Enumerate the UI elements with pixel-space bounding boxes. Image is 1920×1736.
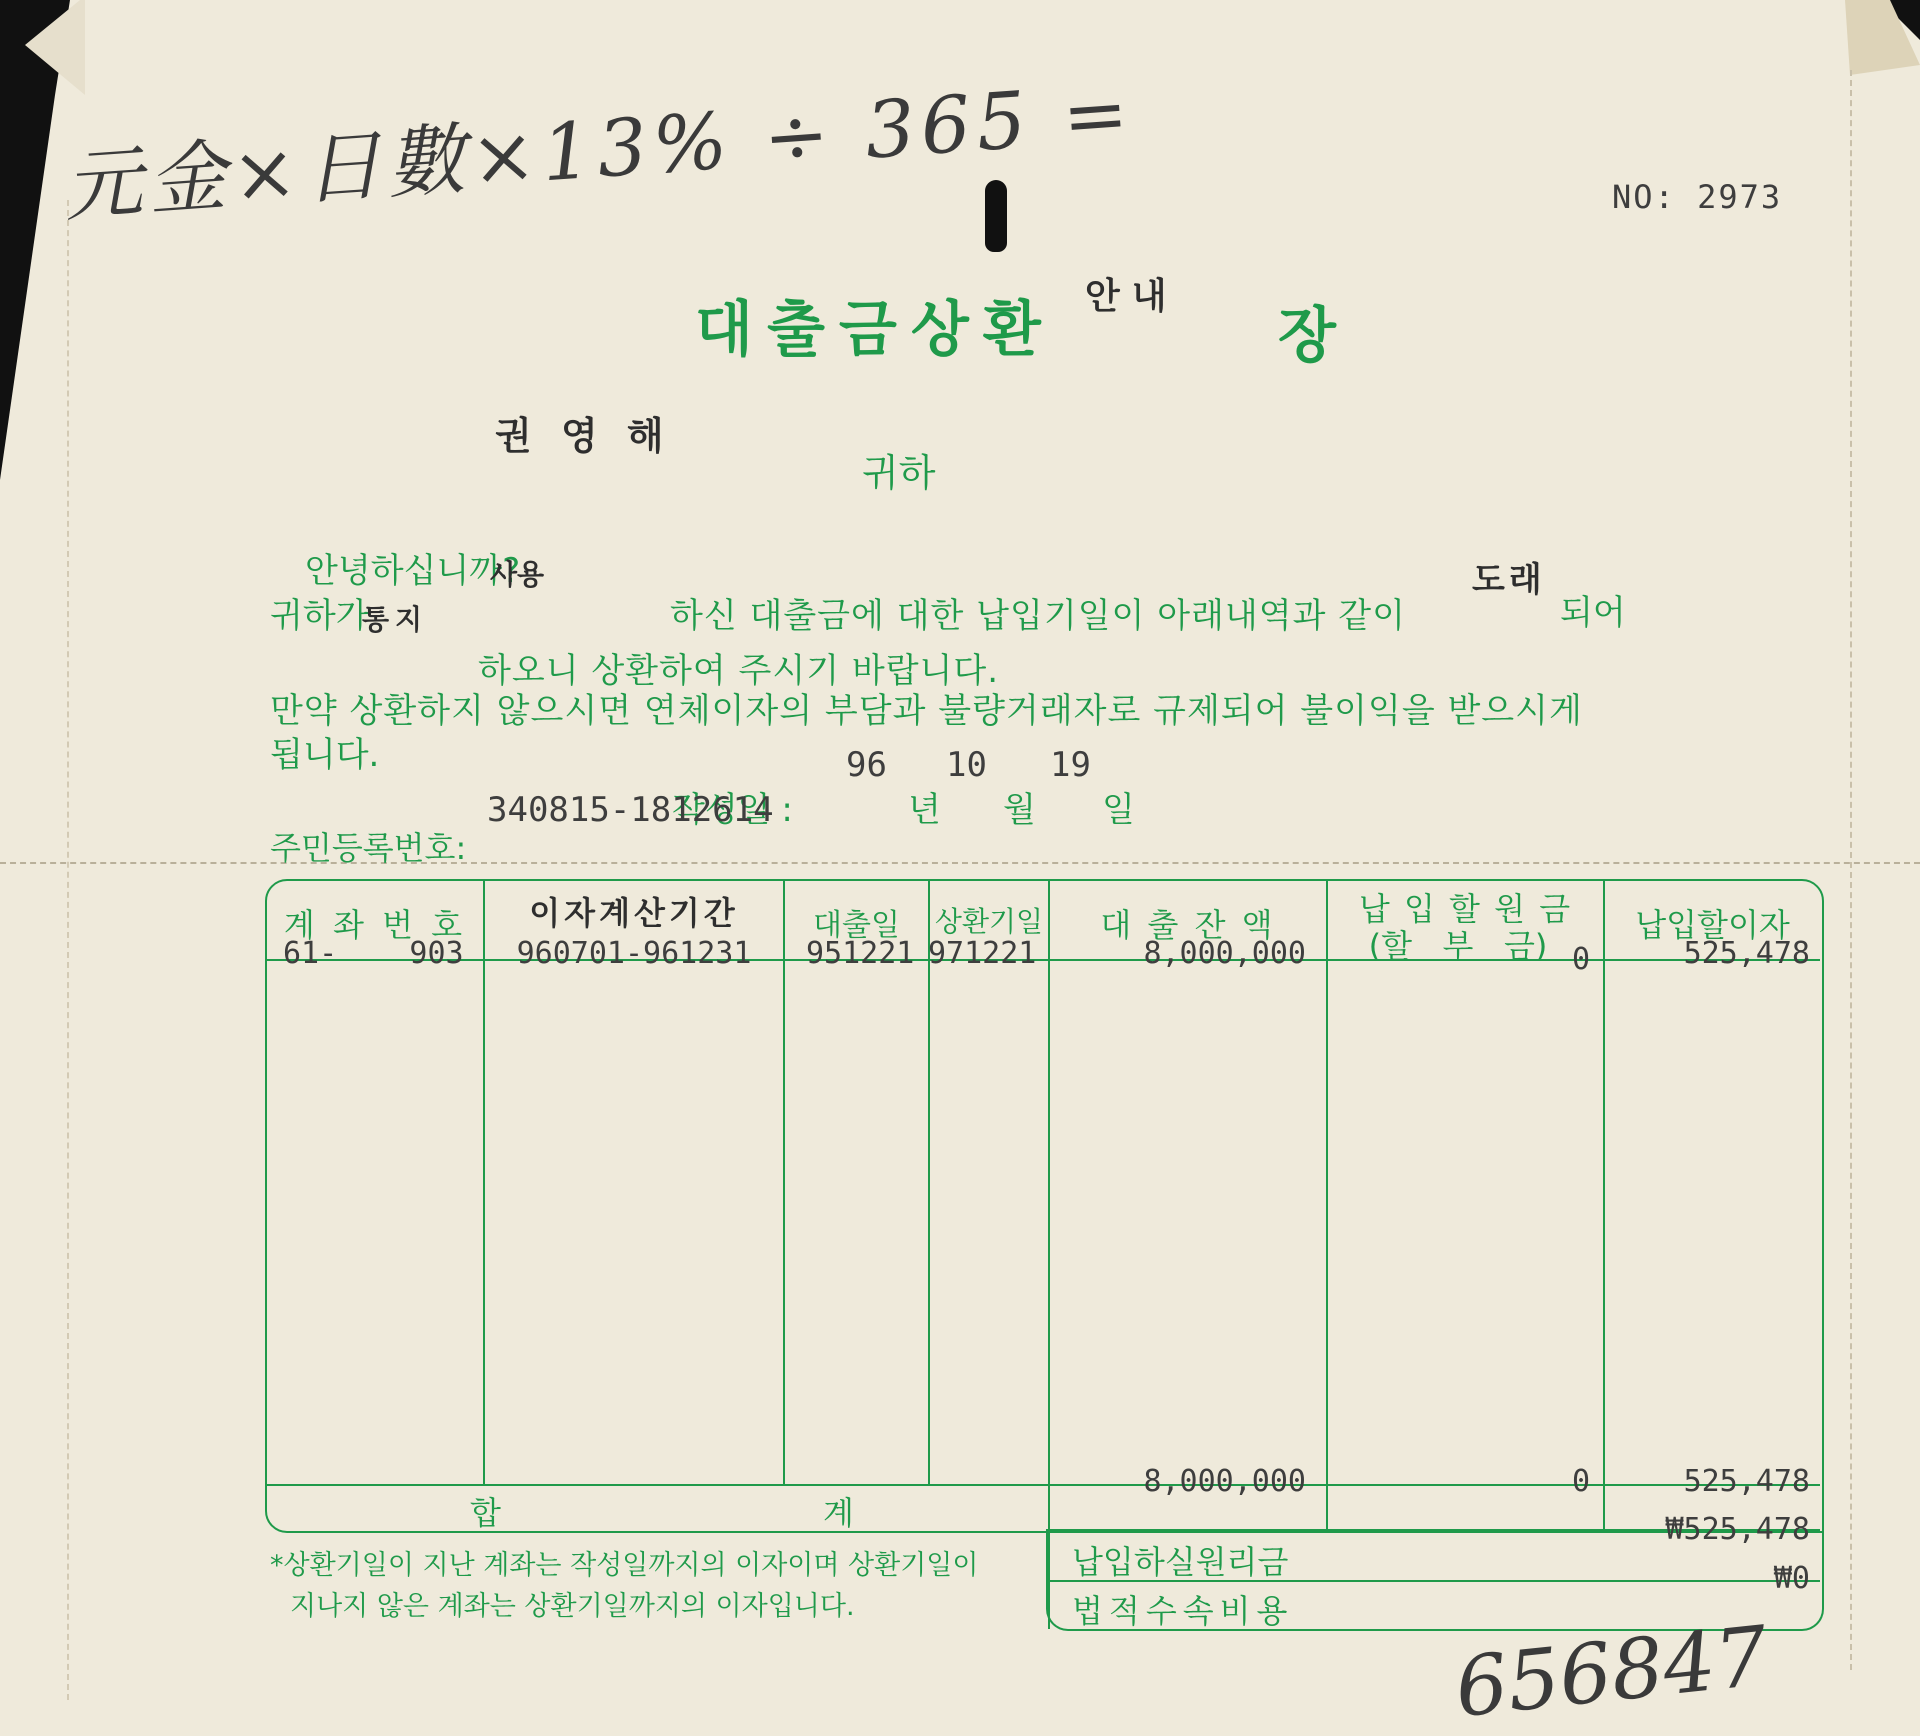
legal-fee-label: 법적수속비용 [1072, 1586, 1293, 1632]
body-line4: 됩니다. [270, 727, 379, 776]
row-due-date: 971221 [928, 936, 1036, 971]
honorific: 귀하 [862, 442, 935, 497]
payment-total-value: ₩525,478 [1605, 1512, 1810, 1547]
greeting: 안녕하십니까? [305, 543, 520, 592]
total-loan-balance: 8,000,000 [1050, 1464, 1306, 1499]
date-day: 19 [1050, 745, 1091, 785]
body-line3: 만약 상환하지 않으시면 연체이자의 부담과 불량거래자로 규제되어 불이익을 … [270, 683, 1583, 732]
header-interest-period: 이자계산기간 [485, 888, 783, 934]
row-interest-due: 525,478 [1605, 936, 1810, 971]
serial-number-label: NO: [1612, 178, 1676, 216]
insert-usage: 사용 [490, 553, 544, 593]
footnote-line1: *상환기일이 지난 계좌는 작성일까지의 이자이며 상환기일이 [270, 1543, 978, 1582]
row-account-no: 61- 903 [283, 936, 464, 971]
date-unit-day: 일 [1102, 782, 1135, 831]
punch-hole [985, 180, 1007, 252]
column-divider [783, 879, 785, 1484]
date-month: 10 [946, 745, 987, 785]
row-loan-balance: 8,000,000 [1050, 936, 1306, 971]
perforation-left [67, 200, 69, 1700]
header-due-date: 상환기일 [930, 900, 1048, 940]
recipient-name: 권 영 해 [495, 405, 672, 460]
resident-id-label: 주민등록번호: [270, 823, 466, 869]
column-divider [1048, 879, 1050, 1629]
total-interest-due: 525,478 [1605, 1464, 1810, 1499]
loan-table [265, 879, 1824, 1533]
perforation-right [1850, 70, 1852, 1670]
payment-total-label: 납입하실원리금 [1072, 1537, 1288, 1583]
total-principal-due: 0 [1328, 1464, 1590, 1499]
date-year: 96 [846, 745, 887, 785]
legal-fee-value: ₩0 [1605, 1561, 1810, 1596]
body-line1-middle: 하신 대출금에 대한 납입기일이 아래내역과 같이 [670, 588, 1406, 637]
total-label-2: 계 [823, 1488, 854, 1534]
row-interest-period: 960701-961231 [485, 936, 783, 971]
title-suffix: 장 [1278, 288, 1336, 374]
folded-corner-top-left [25, 0, 85, 95]
row-principal-due: 0 [1328, 942, 1590, 977]
body-line1-prefix: 귀하가 [270, 588, 369, 637]
column-divider [1603, 879, 1605, 1529]
serial-number-value: 2973 [1697, 178, 1782, 216]
insert-arrival: 도래 [1472, 552, 1546, 601]
resident-id: 340815-1812614 [487, 790, 774, 830]
row-loan-date: 951221 [806, 936, 914, 971]
body-line1-suffix: 되어 [1560, 585, 1626, 634]
title-prefix: 대출금상환 [695, 282, 1055, 368]
footnote-line2: 지나지 않은 계좌는 상환기일까지의 이자입니다. [290, 1584, 855, 1623]
serial-number: NO: 2973 [1612, 178, 1782, 216]
insert-notice: 통지 [362, 598, 428, 638]
date-unit-year: 년 [908, 782, 941, 831]
title-insert: 안내 [1085, 268, 1179, 319]
date-unit-month: 월 [1003, 782, 1036, 831]
total-label-1: 합 [470, 1488, 501, 1534]
